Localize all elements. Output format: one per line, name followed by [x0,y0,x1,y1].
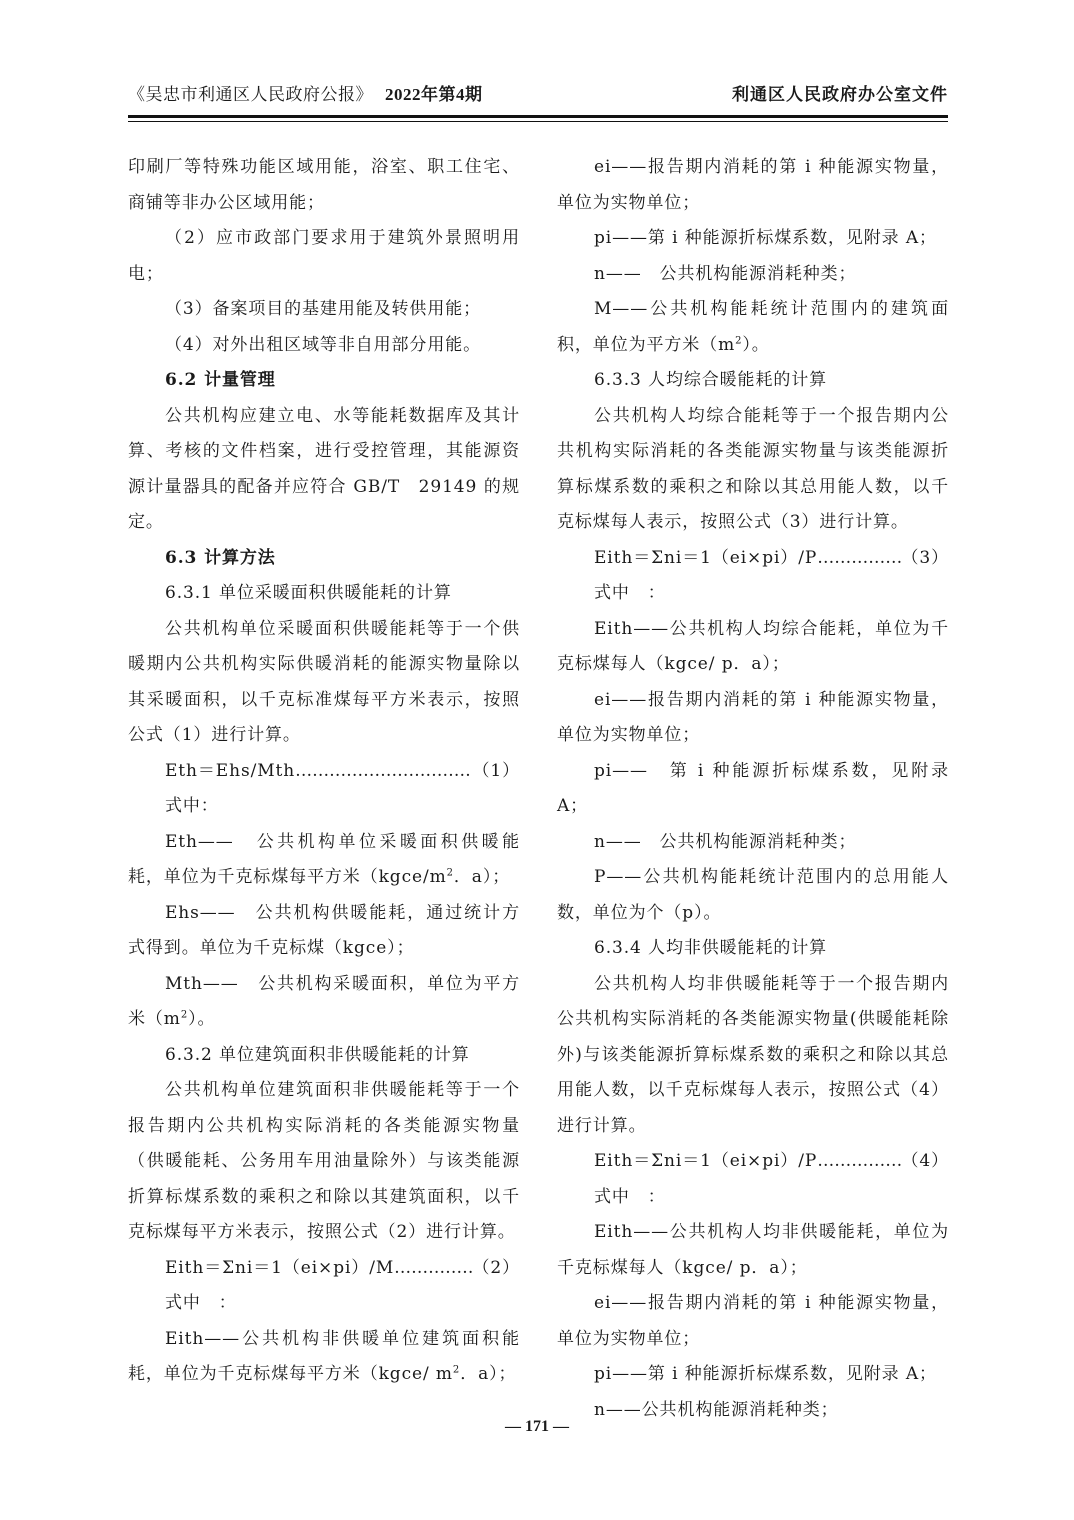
variable-definition: n—— 公共机构能源消耗种类； [557,825,949,861]
list-item: （4）对外出租区域等非自用部分用能。 [128,328,520,364]
where-label: 式中 ： [128,1286,520,1322]
formula-expression: Eith＝Σni＝1（ei×pi）/P [594,541,817,577]
variable-definition: M——公共机构能耗统计范围内的建筑面积，单位为平方米（m2）。 [557,292,949,363]
definition-tail: ．a）； [460,1364,516,1384]
paragraph: 公共机构单位采暖面积供暖能耗等于一个供暖期内公共机构实际供暖消耗的能源实物量除以… [128,612,520,754]
superscript: 2 [447,867,454,878]
variable-definition: pi——第 i 种能源折标煤系数，见附录 A； [557,1357,949,1393]
paragraph: 公共机构单位建筑面积非供暖能耗等于一个报告期内公共机构实际消耗的各类能源实物量（… [128,1073,520,1251]
leader-dots [817,1144,901,1180]
formula-number: （4） [901,1144,949,1180]
formula-number: （2） [472,1251,520,1287]
where-label: 式中 ： [557,576,949,612]
variable-definition: pi—— 第 i 种能源折标煤系数，见附录 A； [557,754,949,825]
formula-expression: Eth＝Ehs/Mth [165,754,295,790]
formula-number: （3） [901,541,949,577]
header-rule-thin [128,121,948,122]
paragraph: 公共机构应建立电、水等能耗数据库及其计算、考核的文件档案，进行受控管理，其能源资… [128,399,520,541]
leader-dots [295,754,472,790]
page-header: 《吴忠市利通区人民政府公报》2022年第4期 利通区人民政府办公室文件 [128,78,948,106]
paragraph: 公共机构人均综合能耗等于一个报告期内公共机构实际消耗的各类能源实物量与该类能源折… [557,399,949,541]
page-number: — 171 — [0,1418,1074,1436]
where-label: 式中： [128,789,520,825]
list-item: （3）备案项目的基建用能及转供用能； [128,292,520,328]
definition-tail: ．a）； [454,867,510,887]
paragraph: 印刷厂等特殊功能区域用能，浴室、职工住宅、商铺等非办公区域用能； [128,150,520,221]
header-rule-thick [128,115,948,118]
variable-definition: ei——报告期内消耗的第 i 种能源实物量，单位为实物单位； [557,150,949,221]
variable-definition: ei——报告期内消耗的第 i 种能源实物量，单位为实物单位； [557,1286,949,1357]
publication-name: 《吴忠市利通区人民政府公报》 [128,85,373,105]
where-label: 式中 ： [557,1180,949,1216]
variable-definition: pi——第 i 种能源折标煤系数，见附录 A； [557,221,949,257]
variable-definition: Eith——公共机构人均综合能耗，单位为千克标煤每人（kgce/ p．a）； [557,612,949,683]
variable-definition: Mth—— 公共机构采暖面积，单位为平方米（m2）。 [128,967,520,1038]
list-item: （2）应市政部门要求用于建筑外景照明用电； [128,221,520,292]
formula-1: Eth＝Ehs/Mth（1） [128,754,520,790]
variable-definition: n—— 公共机构能源消耗种类； [557,257,949,293]
subsection-heading-6-3-3: 6.3.3 人均综合暖能耗的计算 [557,363,949,399]
definition-text: Mth—— 公共机构采暖面积，单位为平方米（m [128,974,520,1030]
publication-title: 《吴忠市利通区人民政府公报》2022年第4期 [128,80,483,105]
right-column: ei——报告期内消耗的第 i 种能源实物量，单位为实物单位； pi——第 i 种… [557,150,949,1428]
formula-4: Eith＝Σni＝1（ei×pi）/P（4） [557,1144,949,1180]
leader-dots [394,1251,472,1287]
leader-dots [817,541,901,577]
left-column: 印刷厂等特殊功能区域用能，浴室、职工住宅、商铺等非办公区域用能； （2）应市政部… [128,150,520,1393]
variable-definition: P——公共机构能耗统计范围内的总用能人数，单位为个（p）。 [557,860,949,931]
superscript: 2 [181,1009,188,1020]
definition-tail: ）。 [742,335,769,355]
formula-expression: Eith＝Σni＝1（ei×pi）/M [165,1251,394,1287]
subsection-heading-6-3-2: 6.3.2 单位建筑面积非供暖能耗的计算 [128,1038,520,1074]
variable-definition: Eith——公共机构非供暖单位建筑面积能耗，单位为千克标煤每平方米（kgce/ … [128,1322,520,1393]
subsection-heading-6-3-4: 6.3.4 人均非供暖能耗的计算 [557,931,949,967]
variable-definition: Ehs—— 公共机构供暖能耗，通过统计方式得到。单位为千克标煤（kgce）； [128,896,520,967]
formula-number: （1） [472,754,520,790]
subsection-heading-6-3-1: 6.3.1 单位采暖面积供暖能耗的计算 [128,576,520,612]
formula-2: Eith＝Σni＝1（ei×pi）/M（2） [128,1251,520,1287]
definition-tail: ）。 [188,1009,215,1029]
paragraph: 公共机构人均非供暖能耗等于一个报告期内公共机构实际消耗的各类能源实物量(供暖能耗… [557,967,949,1145]
variable-definition: Eith——公共机构人均非供暖能耗，单位为千克标煤每人（kgce/ p．a）； [557,1215,949,1286]
variable-definition: ei——报告期内消耗的第 i 种能源实物量，单位为实物单位； [557,683,949,754]
variable-definition: Eth—— 公共机构单位采暖面积供暖能耗，单位为千克标煤每平方米（kgce/m2… [128,825,520,896]
section-title: 利通区人民政府办公室文件 [732,80,948,105]
formula-expression: Eith＝Σni＝1（ei×pi）/P [594,1144,817,1180]
section-heading-6-2: 6.2 计量管理 [128,363,520,399]
formula-3: Eith＝Σni＝1（ei×pi）/P（3） [557,541,949,577]
section-heading-6-3: 6.3 计算方法 [128,541,520,577]
issue-number: 2022年第4期 [385,85,483,104]
